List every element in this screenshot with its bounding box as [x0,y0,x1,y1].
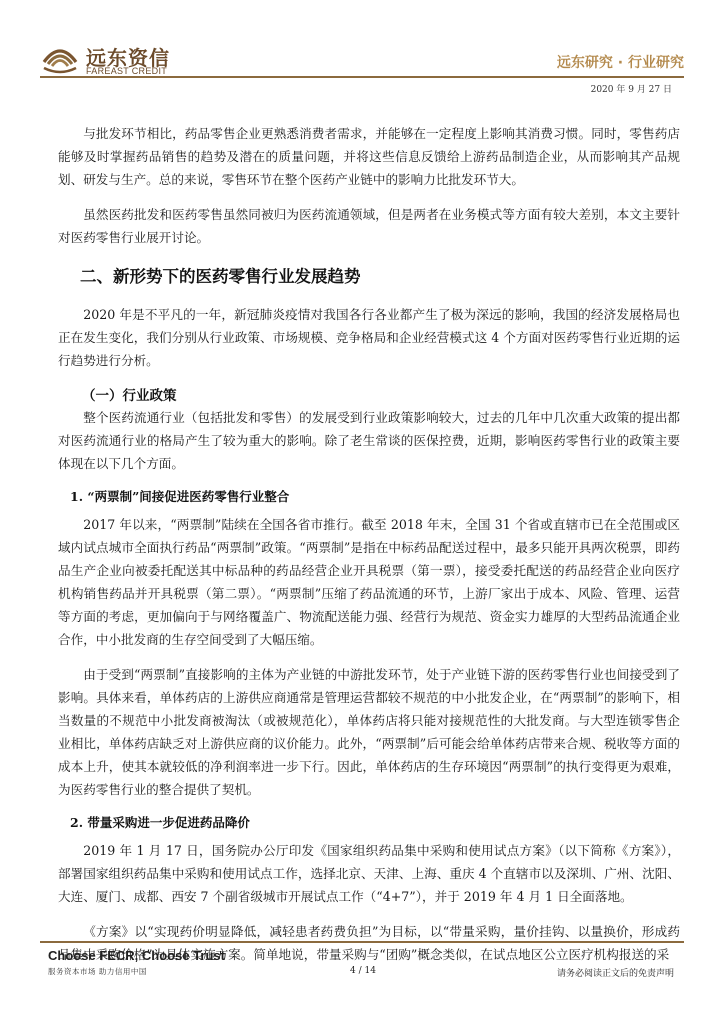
company-logo: 远东资信 FAREAST CREDIT [40,40,250,80]
document-body: 与批发环节相比，药品零售企业更熟悉消费者需求，并能够在一定程度上影响其消费习惯。… [58,122,680,978]
paragraph: 与批发环节相比，药品零售企业更熟悉消费者需求，并能够在一定程度上影响其消费习惯。… [58,122,680,191]
paragraph: 2017 年以来，“两票制”陆续在全国各省市推行。截至 2018 年末，全国 3… [58,513,680,651]
item-heading: 2. 带量采购进一步促进药品降价 [70,813,680,831]
footer-slogan: Choose FECR, Choose Trust [48,948,225,963]
disclaimer-note: 请务必阅读正文后的免责声明 [557,966,674,979]
page-number: 4 / 14 [350,966,376,976]
section-heading: 二、新形势下的医药零售行业发展趋势 [80,263,680,287]
paragraph: 虽然医药批发和医药零售虽然同被归为医药流通领域，但是两者在业务模式等方面有较大差… [58,203,680,249]
subsection-heading: （一）行业政策 [82,384,680,404]
section-label: 远东研究 · 行业研究 [557,52,684,72]
paragraph: 2019 年 1 月 17 日，国务院办公厅印发《国家组织药品集中采购和使用试点… [58,839,680,908]
item-heading: 1. “两票制”间接促进医药零售行业整合 [70,487,680,505]
report-date: 2020 年 9 月 27 日 [591,82,672,95]
paragraph: 整个医药流通行业（包括批发和零售）的发展受到行业政策影响较大，过去的几年中几次重… [58,406,680,475]
header-divider [40,76,684,78]
logo-text-en: FAREAST CREDIT [86,66,167,76]
page-header: 远东资信 FAREAST CREDIT 远东研究 · 行业研究 2020 年 9… [0,0,724,110]
footer-subslogan: 服务资本市场 助力信用中国 [48,966,147,977]
paragraph: 由于受到“两票制”直接影响的主体为产业链的中游批发环节，处于产业链下游的医药零售… [58,663,680,801]
footer-divider [40,941,684,943]
paragraph: 2020 年是不平凡的一年，新冠肺炎疫情对我国各行各业都产生了极为深远的影响，我… [58,303,680,372]
logo-mark-icon [40,40,80,76]
